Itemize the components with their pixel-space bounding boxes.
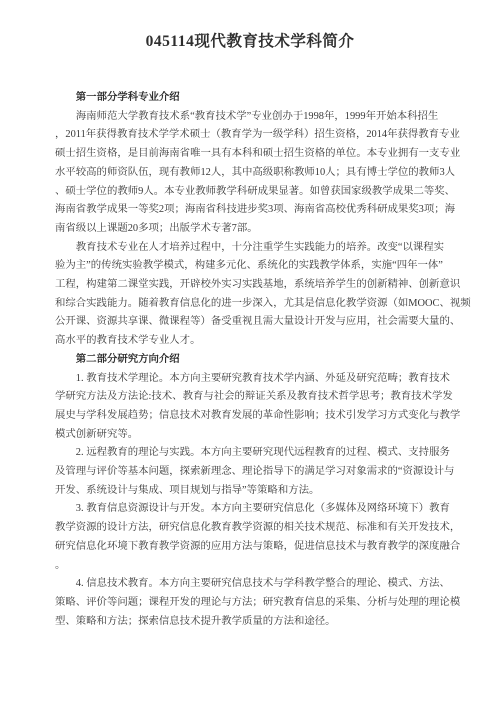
text-line: 型、策略和方法；探索信息技术提升教学质量的方法和途径。 bbox=[55, 613, 447, 632]
text-line: 高水平的教育技术学专业人才。 bbox=[55, 332, 447, 351]
text-line: 教学资源的设计方法，研究信息化教育教学资源的相关技术规范、标准和有关开发技术， bbox=[55, 519, 447, 538]
text-line: 南省级以上课题20多项；出版学术专著7部。 bbox=[55, 220, 447, 239]
section-heading-2: 第二部分研究方向介绍 bbox=[55, 351, 447, 370]
text-line: 及管理与评价等基本问题，探索新理念、理论指导下的满足学习对象需求的“资源设计与 bbox=[55, 463, 447, 482]
document-page: 045114现代教育技术学科简介 第一部分学科专业介绍 海南师范大学教育技术系“… bbox=[0, 0, 500, 707]
text-line: 。 bbox=[55, 557, 447, 576]
text-line: 海南师范大学教育技术系“教育技术学”专业创办于1998年，1999年开始本科招生 bbox=[55, 108, 447, 127]
text-line: 工程，构建第二课堂实践，开辟校外实习实践基地，系统培养学生的创新精神、创新意识 bbox=[55, 276, 447, 295]
text-line: 4. 信息技术教育。本方向主要研究信息技术与学科教学整合的理论、模式、方法、 bbox=[55, 575, 447, 594]
text-line: 水平较高的师资队伍，现有教师12人，其中高级职称教师10人；具有博士学位的教师3… bbox=[55, 164, 447, 183]
text-line: 开发、系统设计与集成、项目规划与指导”等策略和方法。 bbox=[55, 482, 447, 501]
text-line: 展史与学科发展趋势；信息技术对教育发展的革命性影响；技术引发学习方式变化与教学 bbox=[55, 407, 447, 426]
text-line: 模式创新研究等。 bbox=[55, 426, 447, 445]
text-line: 验为主”的传统实验教学模式，构建多元化、系统化的实践教学体系，实施“四年一体” bbox=[55, 257, 447, 276]
text-line: 3. 教育信息资源设计与开发。本方向主要研究信息化（多媒体及网络环境下）教育 bbox=[55, 500, 447, 519]
text-line: 海南省教学成果一等奖2项；海南省科技进步奖3项、海南省高校优秀科研成果奖3项；海 bbox=[55, 201, 447, 220]
text-line: ，2011年获得教育技术学学术硕士（教育学为一级学科）招生资格，2014年获得教… bbox=[55, 126, 447, 145]
text-line: 和综合实践能力。随着教育信息化的进一步深入，尤其是信息化教学资源（如MOOC、视… bbox=[55, 295, 447, 314]
text-line: 研究信息化环境下教育教学资源的应用方法与策略，促进信息技术与教育教学的深度融合 bbox=[55, 538, 447, 557]
text-line: 硕士招生资格，是目前海南省唯一具有本科和硕士招生资格的单位。本专业拥有一支专业 bbox=[55, 145, 447, 164]
document-body: 第一部分学科专业介绍 海南师范大学教育技术系“教育技术学”专业创办于1998年，… bbox=[55, 89, 447, 631]
text-line: 学研究方法及方法论:技术、教育与社会的辩证关系及教育技术哲学思考；教育技术学发 bbox=[55, 388, 447, 407]
text-line: 教育技术专业在人才培养过程中，十分注重学生实践能力的培养。改变“以课程实 bbox=[55, 239, 447, 258]
text-line: 公开课、资源共享课、微课程等）备受重视且需大量设计开发与应用，社会需要大量的、 bbox=[55, 313, 447, 332]
section-heading-1: 第一部分学科专业介绍 bbox=[55, 89, 447, 108]
document-title: 045114现代教育技术学科简介 bbox=[0, 0, 500, 53]
text-line: 策略、评价等问题；课程开发的理论与方法；研究教育信息的采集、分析与处理的理论模 bbox=[55, 594, 447, 613]
text-line: 1. 教育技术学理论。本方向主要研究教育技术学内涵、外延及研究范畴；教育技术 bbox=[55, 370, 447, 389]
text-line: 、硕士学位的教师9人。本专业教师教学科研成果显著。如曾获国家级教学成果二等奖、 bbox=[55, 183, 447, 202]
text-line: 2. 远程教育的理论与实践。本方向主要研究现代远程教育的过程、模式、支持服务 bbox=[55, 444, 447, 463]
